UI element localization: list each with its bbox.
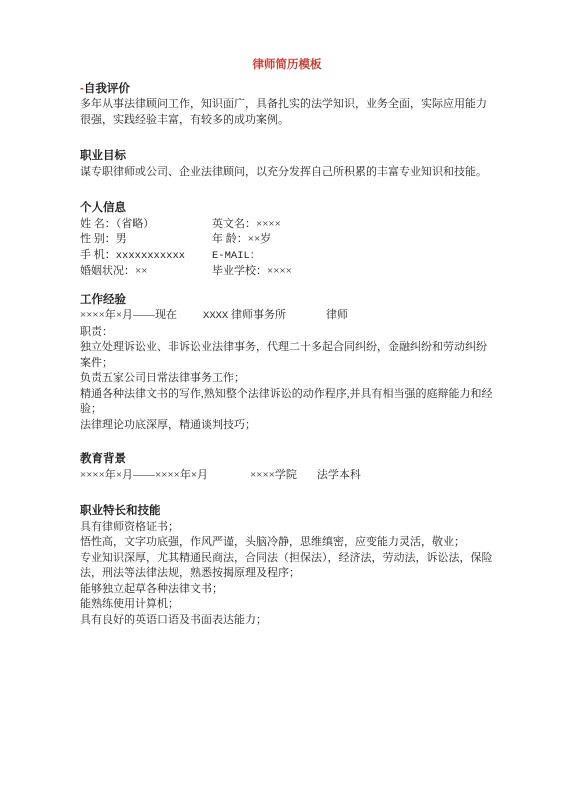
info-cell-mobile: 手 机：xxxxxxxxxxx <box>80 248 212 265</box>
info-cell-marital-status: 婚姻状况：×× <box>80 264 212 280</box>
section-personal-info: 个人信息 姓 名：（省略） 英文名：×××× 性 别：男 年 龄：××岁 手 机… <box>80 201 494 280</box>
career-objective-heading: 职业目标 <box>80 149 494 165</box>
info-label: 手 机： <box>80 249 116 261</box>
section-self-evaluation: -自我评价 多年从事法律顾问工作，知识面广，具备扎实的法学知识，业务全面，实际应… <box>80 82 494 129</box>
info-label: 性 别： <box>80 233 116 245</box>
skill-line: 能够独立起草各种法律文书； <box>80 582 494 598</box>
personal-info-heading: 个人信息 <box>80 201 494 217</box>
info-cell-email: E-MAIL： <box>212 248 494 265</box>
section-skills: 职业特长和技能 具有律师资格证书； 悟性高，文字功底强，作风严谨，头脑冷静，思维… <box>80 504 494 628</box>
resume-document-page: 律师简历模板 -自我评价 多年从事法律顾问工作，知识面广，具备扎实的法学知识，业… <box>0 0 566 800</box>
education-period: ××××年×月——××××年×月 <box>80 469 208 481</box>
section-education: 教育背景 ××××年×月——××××年×月××××学院法学本科 <box>80 452 494 483</box>
info-label: 毕业学校： <box>212 265 267 277</box>
duty-line: 负责五家公司日常法律事务工作； <box>80 371 494 387</box>
skill-line: 具有良好的英语口语及书面表达能力； <box>80 613 494 629</box>
company-name: XXXX 律师事务所 <box>203 309 286 321</box>
info-label: 婚姻状况： <box>80 265 135 277</box>
skills-heading: 职业特长和技能 <box>80 504 494 520</box>
education-heading: 教育背景 <box>80 452 494 468</box>
career-objective-body: 谋专职律师或公司、企业法律顾问，以充分发挥自己所积累的丰富专业知识和技能。 <box>80 165 494 181</box>
info-label: E-MAIL： <box>212 250 260 262</box>
info-label: 姓 名： <box>80 218 116 230</box>
info-cell-school: 毕业学校：×××× <box>212 264 494 280</box>
duty-line: 独立处理诉讼业、非诉讼业法律事务，代理二十多起合同纠纷，金融纠纷和劳动纠纷案件； <box>80 340 494 371</box>
duties-label: 职责： <box>80 325 494 341</box>
info-value: 男 <box>116 233 127 245</box>
work-experience-line: ××××年×月——现在XXXX 律师事务所律师 <box>80 308 494 325</box>
self-evaluation-body: 多年从事法律顾问工作，知识面广，具备扎实的法学知识，业务全面，实际应用能力很强，… <box>80 97 494 128</box>
section-career-objective: 职业目标 谋专职律师或公司、企业法律顾问，以充分发挥自己所积累的丰富专业知识和技… <box>80 149 494 180</box>
info-cell-name: 姓 名：（省略） <box>80 217 212 233</box>
info-cell-age: 年 龄：××岁 <box>212 232 494 248</box>
info-cell-english-name: 英文名：×××× <box>212 217 494 233</box>
info-value: xxxxxxxxxxx <box>116 250 185 262</box>
company-name-cn: 律师事务所 <box>228 309 286 321</box>
info-value: ×××× <box>267 265 292 277</box>
skill-line: 具有律师资格证书； <box>80 520 494 536</box>
info-value: ××岁 <box>248 233 271 245</box>
info-label: 年 龄： <box>212 233 248 245</box>
info-cell-gender: 性 别：男 <box>80 232 212 248</box>
duty-line: 法律理论功底深厚，精通谈判技巧； <box>80 418 494 434</box>
education-school: ××××学院 <box>250 469 297 481</box>
duty-line: 精通各种法律文书的写作,熟知整个法律诉讼的动作程序,并具有相当强的庭辩能力和经验… <box>80 387 494 418</box>
info-value: ×× <box>135 265 147 277</box>
info-value: （省略） <box>116 218 155 230</box>
self-evaluation-heading: -自我评价 <box>80 82 494 98</box>
work-experience-heading: 工作经验 <box>80 293 494 309</box>
personal-info-grid: 姓 名：（省略） 英文名：×××× 性 别：男 年 龄：××岁 手 机：xxxx… <box>80 217 494 280</box>
info-value: ×××× <box>256 218 281 230</box>
education-line: ××××年×月——××××年×月××××学院法学本科 <box>80 468 494 484</box>
doc-title: 律师简历模板 <box>80 58 494 74</box>
company-name-en: XXXX <box>203 310 228 322</box>
info-label: 英文名： <box>212 218 256 230</box>
skill-line: 悟性高，文字功底强，作风严谨，头脑冷静，思维缜密，应变能力灵活，敬业； <box>80 535 494 551</box>
skill-line: 专业知识深厚，尤其精通民商法，合同法（担保法），经济法，劳动法，诉讼法，保险法，… <box>80 551 494 582</box>
job-title: 律师 <box>326 309 348 321</box>
section-work-experience: 工作经验 ××××年×月——现在XXXX 律师事务所律师 职责： 独立处理诉讼业… <box>80 293 494 434</box>
skill-line: 能熟练使用计算机； <box>80 597 494 613</box>
work-period: ××××年×月——现在 <box>80 309 177 321</box>
heading-text: 自我评价 <box>84 83 130 95</box>
education-degree: 法学本科 <box>317 469 361 481</box>
